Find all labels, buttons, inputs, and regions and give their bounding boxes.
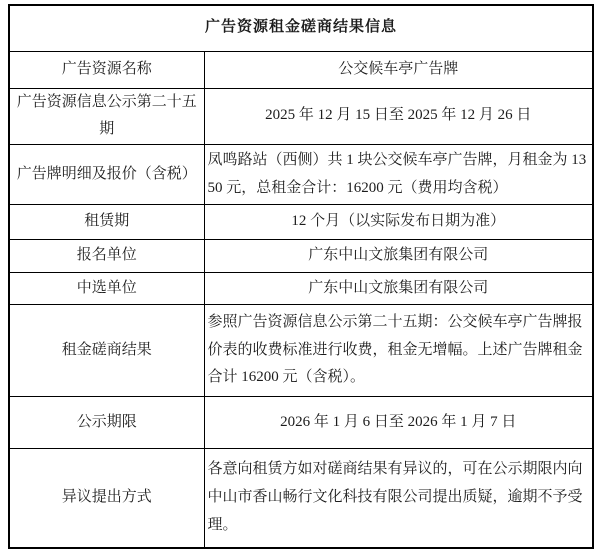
table-title: 广告资源租金磋商结果信息	[9, 5, 593, 51]
row-label-resource-name: 广告资源名称	[9, 51, 204, 88]
table-title-row: 广告资源租金磋商结果信息	[9, 5, 593, 51]
page: { "table": { "title": "广告资源租金磋商结果信息", "t…	[0, 0, 601, 555]
table-row: 租赁期 12 个月（以实际发布日期为准）	[9, 205, 593, 240]
row-value-publicity-period-no: 2025 年 12 月 15 日至 2025 年 12 月 26 日	[204, 88, 593, 145]
table-row: 公示期限 2026 年 1 月 6 日至 2026 年 1 月 7 日	[9, 397, 593, 449]
announcement-document: 广告资源租金磋商结果信息 广告资源名称 公交候车亭广告牌 广告资源信息公示第二十…	[0, 0, 601, 549]
row-label-lease-term: 租赁期	[9, 205, 204, 240]
row-value-resource-name: 公交候车亭广告牌	[204, 51, 593, 88]
table-row: 租金磋商结果 参照广告资源信息公示第二十五期：公交候车亭广告牌报价表的收费标准进…	[9, 305, 593, 397]
row-value-objection-method: 各意向租赁方如对磋商结果有异议的，可在公示期限内向中山市香山畅行文化科技有限公司…	[204, 449, 593, 548]
row-label-publicity-period-no: 广告资源信息公示第二十五期	[9, 88, 204, 145]
table-row: 中选单位 广东中山文旅集团有限公司	[9, 273, 593, 305]
row-value-billboard-detail: 凤鸣路站（西侧）共 1 块公交候车亭广告牌，月租金为 1350 元，总租金合计：…	[204, 145, 593, 205]
row-label-publicity-deadline: 公示期限	[9, 397, 204, 449]
table-row: 异议提出方式 各意向租赁方如对磋商结果有异议的，可在公示期限内向中山市香山畅行文…	[9, 449, 593, 548]
row-label-registered-unit: 报名单位	[9, 240, 204, 273]
row-value-registered-unit: 广东中山文旅集团有限公司	[204, 240, 593, 273]
row-value-selected-unit: 广东中山文旅集团有限公司	[204, 273, 593, 305]
row-label-objection-method: 异议提出方式	[9, 449, 204, 548]
table-row: 广告牌明细及报价（含税） 凤鸣路站（西侧）共 1 块公交候车亭广告牌，月租金为 …	[9, 145, 593, 205]
table-row: 报名单位 广东中山文旅集团有限公司	[9, 240, 593, 273]
row-label-negotiation-result: 租金磋商结果	[9, 305, 204, 397]
row-value-publicity-deadline: 2026 年 1 月 6 日至 2026 年 1 月 7 日	[204, 397, 593, 449]
row-label-selected-unit: 中选单位	[9, 273, 204, 305]
row-value-lease-term: 12 个月（以实际发布日期为准）	[204, 205, 593, 240]
table-row: 广告资源信息公示第二十五期 2025 年 12 月 15 日至 2025 年 1…	[9, 88, 593, 145]
announcement-table: 广告资源租金磋商结果信息 广告资源名称 公交候车亭广告牌 广告资源信息公示第二十…	[8, 4, 594, 549]
row-label-billboard-detail: 广告牌明细及报价（含税）	[9, 145, 204, 205]
row-value-negotiation-result: 参照广告资源信息公示第二十五期：公交候车亭广告牌报价表的收费标准进行收费，租金无…	[204, 305, 593, 397]
table-row: 广告资源名称 公交候车亭广告牌	[9, 51, 593, 88]
